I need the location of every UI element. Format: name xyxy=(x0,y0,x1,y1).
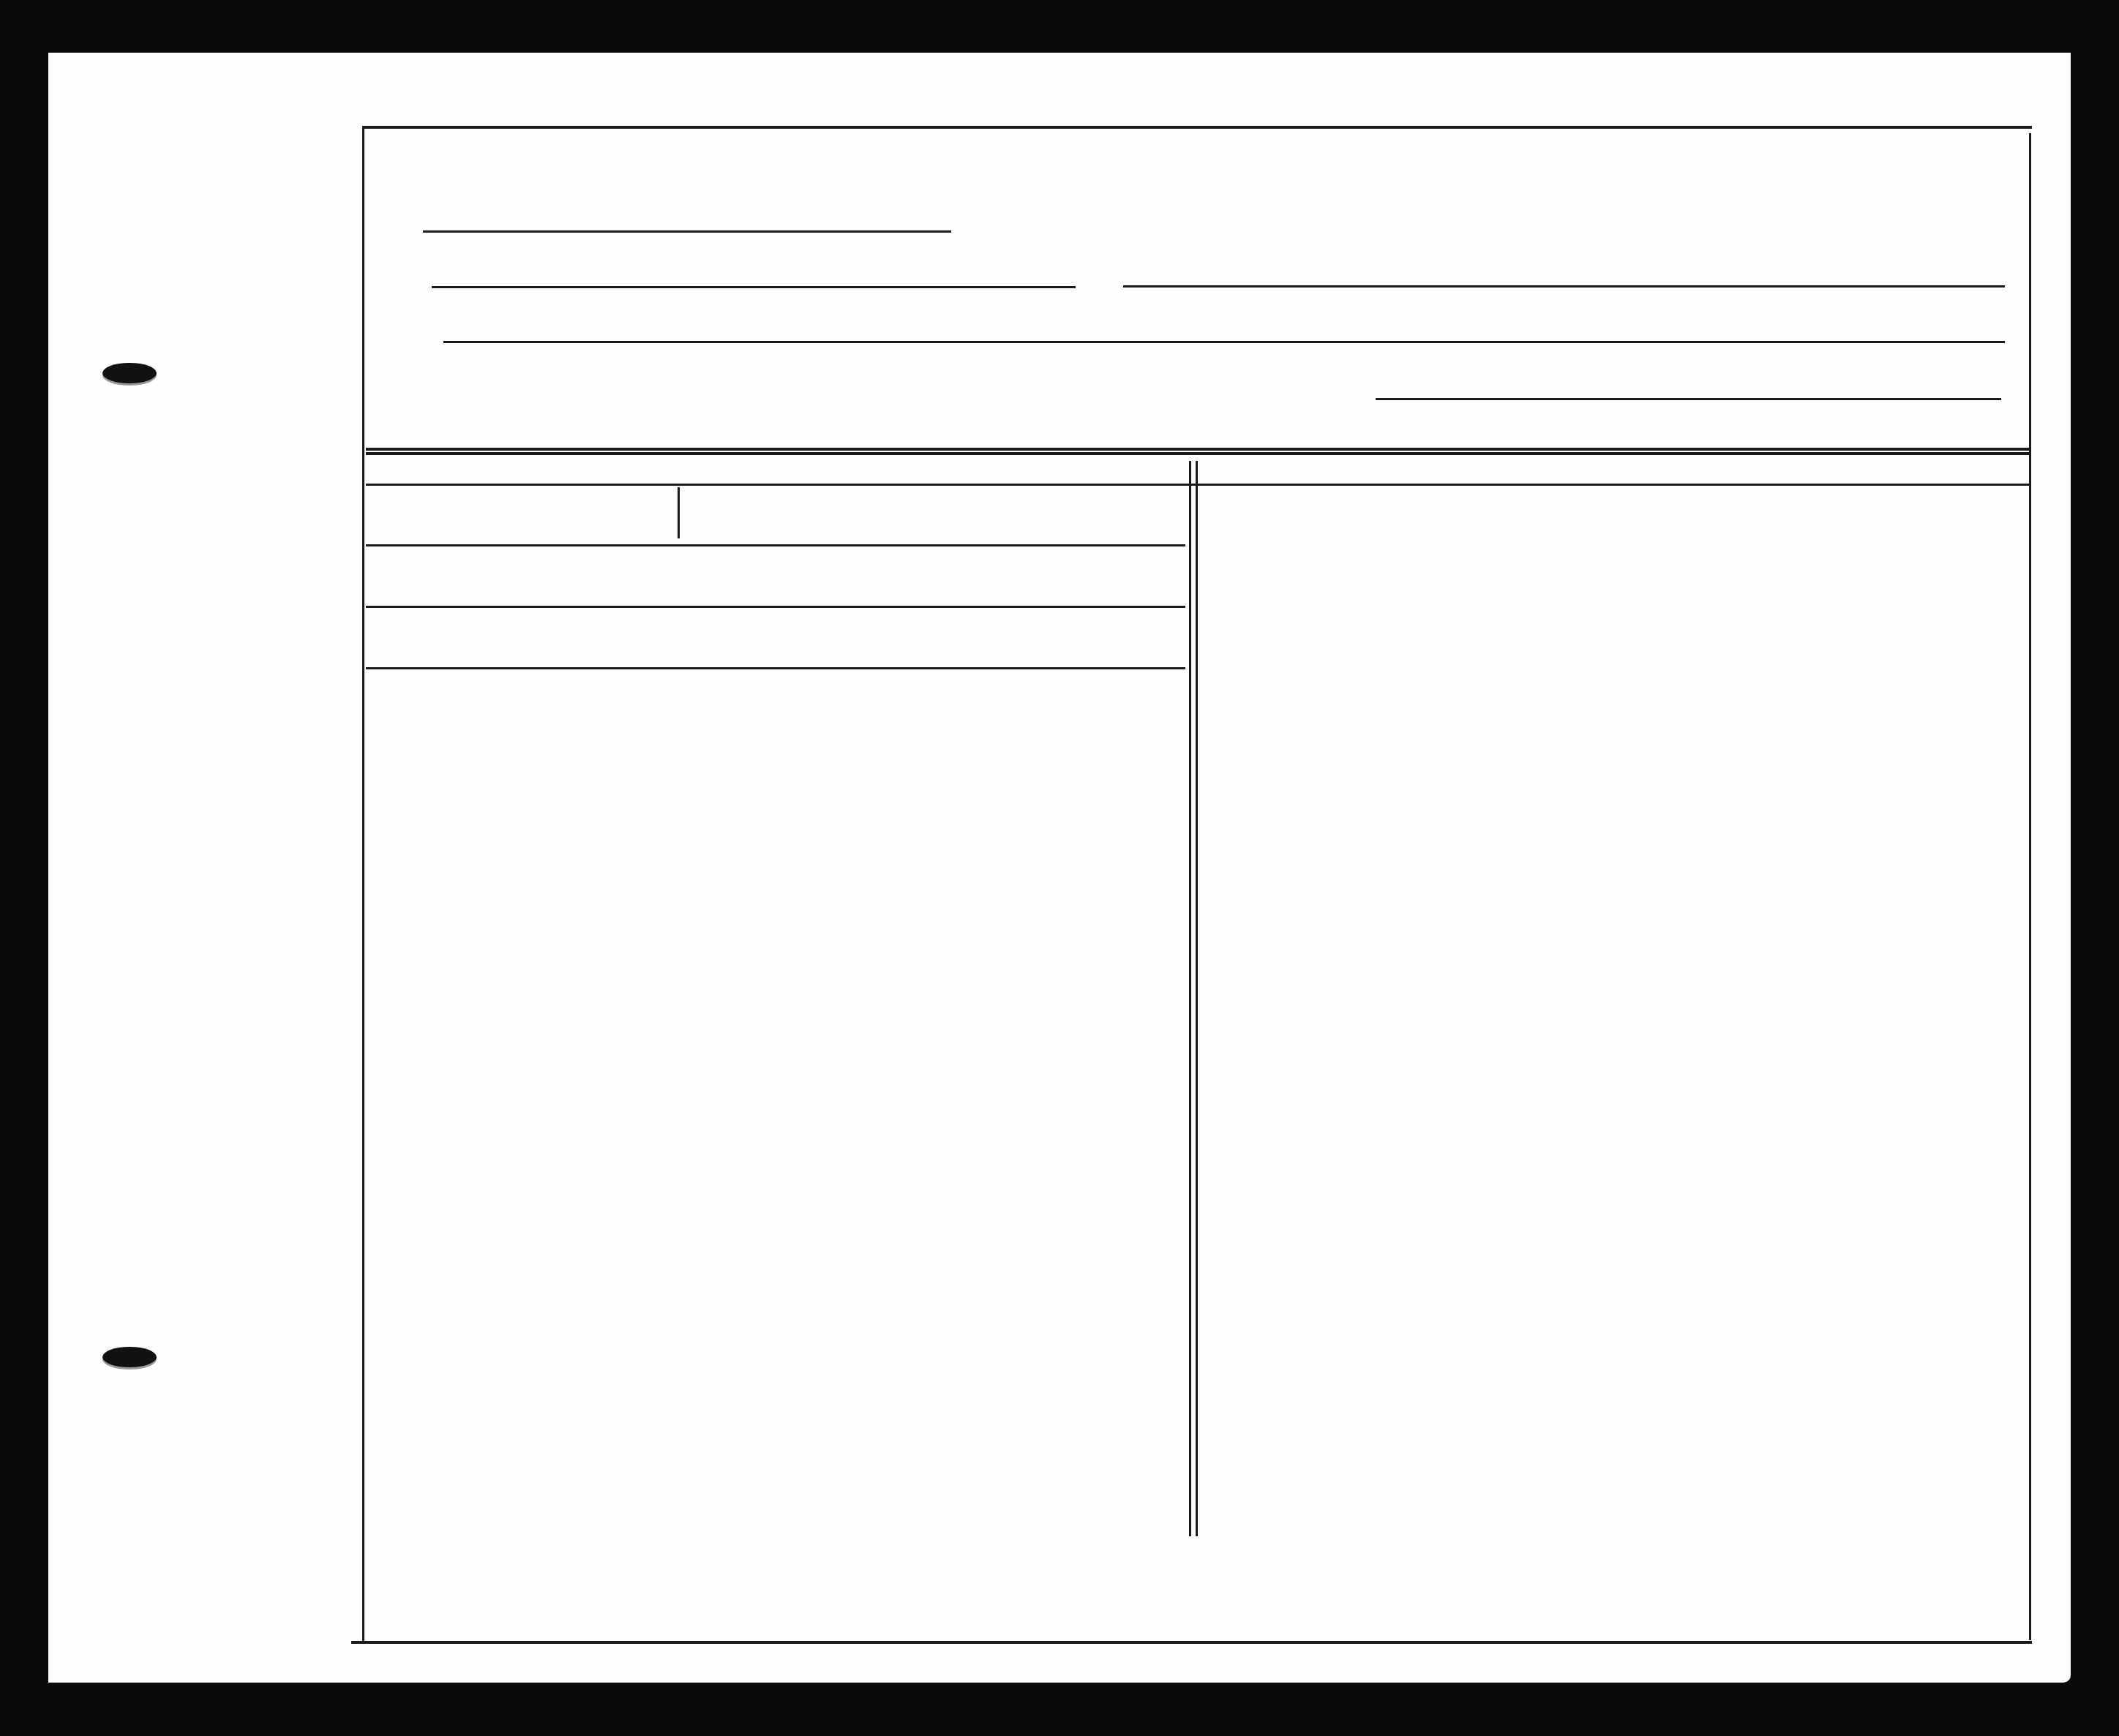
county-underline xyxy=(423,230,951,233)
punch-hole-top xyxy=(102,363,157,383)
punch-hole-bottom xyxy=(102,1347,157,1367)
center-divider-b xyxy=(1196,461,1198,1536)
form-top-border xyxy=(362,126,2032,129)
sex-race-divider xyxy=(678,487,680,538)
rule-3 xyxy=(366,544,1185,546)
ssn-underline xyxy=(1376,398,2001,400)
certificate-paper xyxy=(48,53,2071,1683)
street-underline xyxy=(1123,285,2005,288)
rule-6 xyxy=(366,667,1185,669)
rule-5 xyxy=(366,606,1185,608)
form-left-border xyxy=(362,126,364,1644)
city-underline xyxy=(432,286,1076,288)
center-divider-a xyxy=(1189,461,1191,1536)
residence-double-rule xyxy=(366,448,2029,455)
form-bottom-border xyxy=(351,1641,2032,1644)
full-name-underline xyxy=(443,341,2005,343)
form-right-border xyxy=(2029,133,2031,1640)
